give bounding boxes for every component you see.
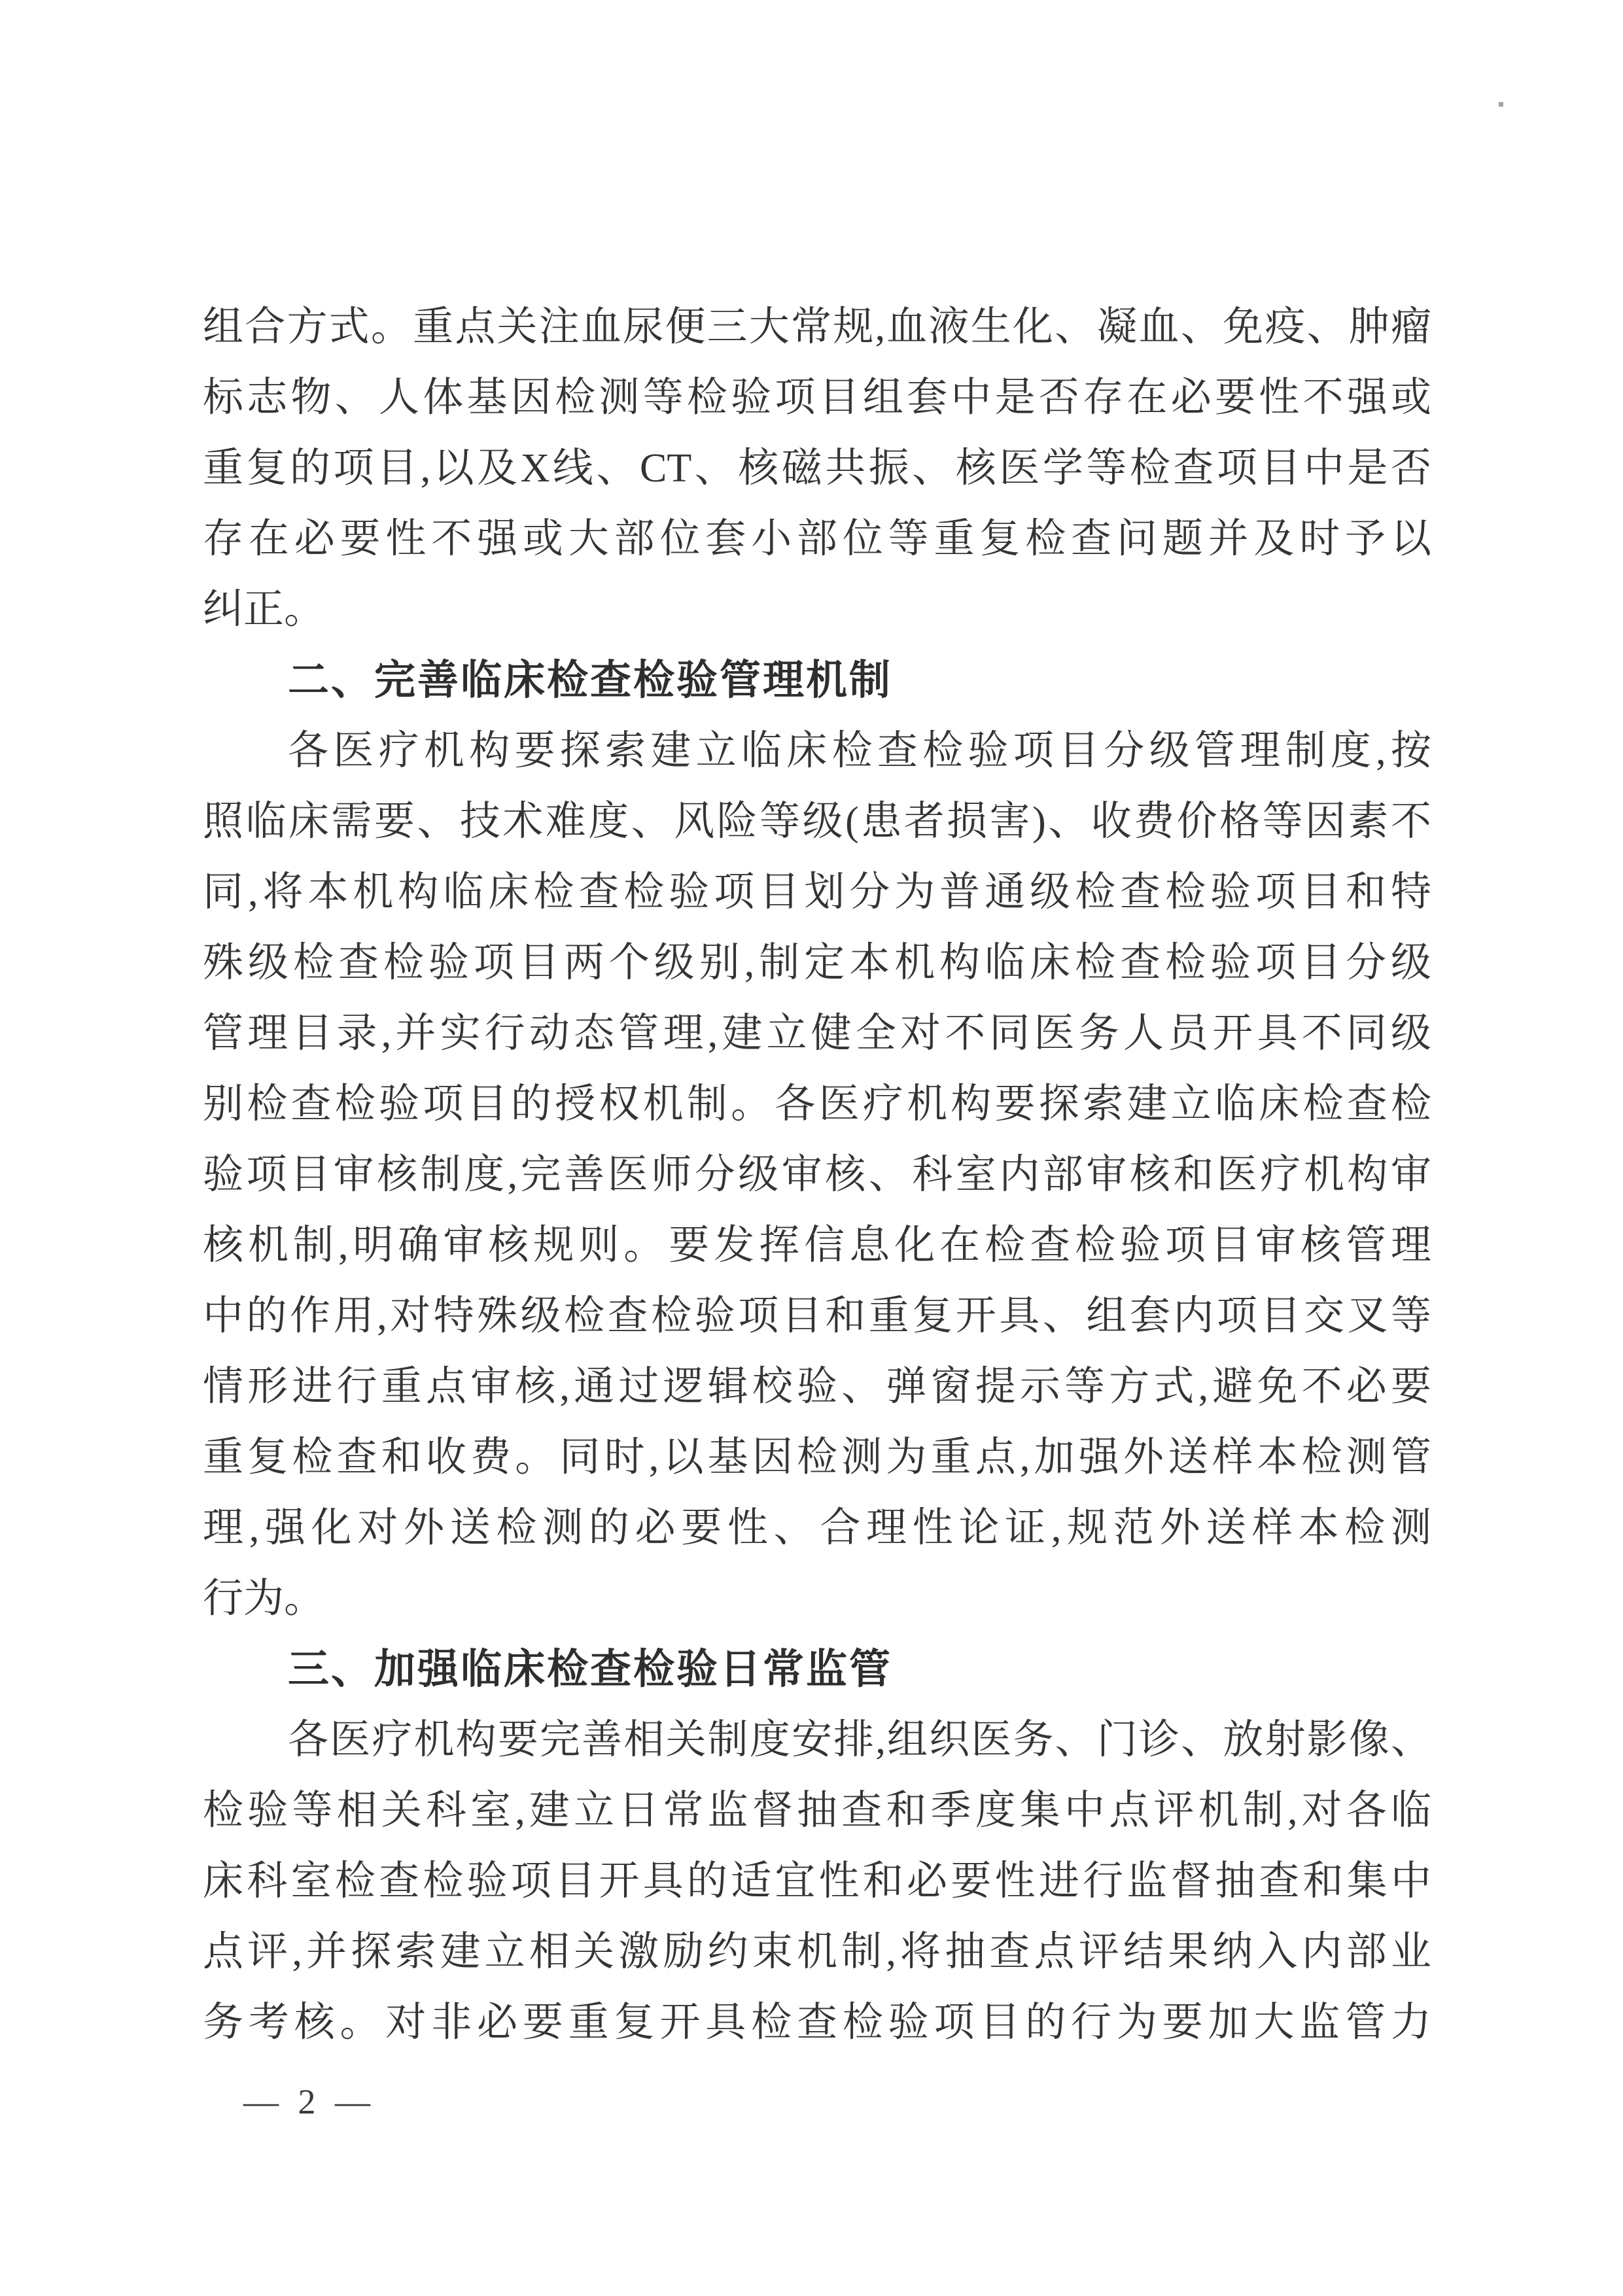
text-line: 行为。 xyxy=(203,1563,1431,1634)
text-line: 务考核。对非必要重复开具检查检验项目的行为要加大监管力 xyxy=(203,1987,1431,2058)
text-line: 管理目录,并实行动态管理,建立健全对不同医务人员开具不同级 xyxy=(203,998,1431,1069)
text-line: 中的作用,对特殊级检查检验项目和重复开具、组套内项目交叉等 xyxy=(203,1281,1431,1351)
text-line: 理,强化对外送检测的必要性、合理性论证,规范外送样本检测 xyxy=(203,1493,1431,1563)
text-line: 殊级检查检验项目两个级别,制定本机构临床检查检验项目分级 xyxy=(203,928,1431,998)
text-line: 别检查检验项目的授权机制。各医疗机构要探索建立临床检查检 xyxy=(203,1069,1431,1139)
text-line: 核机制,明确审核规则。要发挥信息化在检查检验项目审核管理 xyxy=(203,1210,1431,1281)
text-line: 床科室检查检验项目开具的适宜性和必要性进行监督抽查和集中 xyxy=(203,1846,1431,1917)
document-page: 组合方式。重点关注血尿便三大常规,血液生化、凝血、免疫、肿瘤 标志物、人体基因检… xyxy=(0,0,1623,2296)
text-line: 验项目审核制度,完善医师分级审核、科室内部审核和医疗机构审 xyxy=(203,1139,1431,1210)
page-number-footer: — 2 — xyxy=(243,2072,375,2131)
text-line: 各医疗机构要完善相关制度安排,组织医务、门诊、放射影像、 xyxy=(203,1705,1431,1775)
scan-artifact-dot xyxy=(1499,102,1503,107)
text-line: 情形进行重点审核,通过逻辑校验、弹窗提示等方式,避免不必要 xyxy=(203,1351,1431,1422)
document-body: 组合方式。重点关注血尿便三大常规,血液生化、凝血、免疫、肿瘤 标志物、人体基因检… xyxy=(203,292,1431,2058)
text-line: 照临床需要、技术难度、风险等级(患者损害)、收费价格等因素不 xyxy=(203,786,1431,857)
text-line: 同,将本机构临床检查检验项目划分为普通级检查检验项目和特 xyxy=(203,857,1431,928)
text-line: 重复检查和收费。同时,以基因检测为重点,加强外送样本检测管 xyxy=(203,1422,1431,1493)
text-line: 纠正。 xyxy=(203,574,1431,645)
text-line: 标志物、人体基因检测等检验项目组套中是否存在必要性不强或 xyxy=(203,362,1431,433)
text-line: 存在必要性不强或大部位套小部位等重复检查问题并及时予以 xyxy=(203,504,1431,574)
text-line: 组合方式。重点关注血尿便三大常规,血液生化、凝血、免疫、肿瘤 xyxy=(203,292,1431,362)
text-line: 点评,并探索建立相关激励约束机制,将抽查点评结果纳入内部业 xyxy=(203,1917,1431,1987)
text-line: 检验等相关科室,建立日常监督抽查和季度集中点评机制,对各临 xyxy=(203,1775,1431,1846)
text-line: 重复的项目,以及X线、CT、核磁共振、核医学等检查项目中是否 xyxy=(203,433,1431,504)
section-heading: 二、完善临床检查检验管理机制 xyxy=(203,645,1431,716)
section-heading: 三、加强临床检查检验日常监管 xyxy=(203,1634,1431,1705)
text-line: 各医疗机构要探索建立临床检查检验项目分级管理制度,按 xyxy=(203,716,1431,786)
